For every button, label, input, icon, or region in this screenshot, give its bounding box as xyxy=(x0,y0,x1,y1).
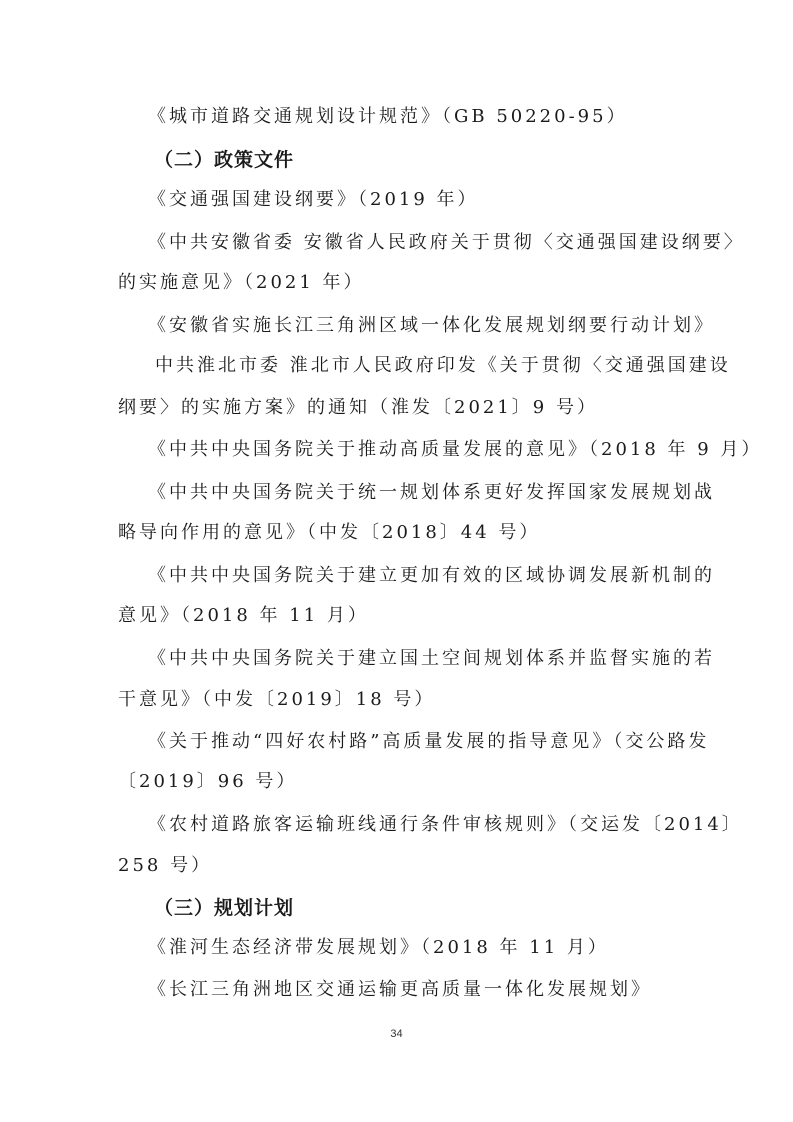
reference-item: 《长江三角洲地区交通运输更高质量一体化发展规划》 xyxy=(148,978,652,1002)
reference-item-continuation: 258 号） xyxy=(118,854,212,878)
reference-item-continuation: 〔2019〕96 号） xyxy=(118,770,297,794)
reference-item: 《农村道路旅客运输班线通行条件审核规则》（交运发〔2014〕 xyxy=(148,813,743,837)
reference-item-continuation: 干意见》（中发〔2019〕18 号） xyxy=(118,688,435,712)
reference-item: 《城市道路交通规划设计规范》（GB 50220-95） xyxy=(148,105,628,129)
reference-item: 中共淮北市委 淮北市人民政府印发《关于贯彻〈交通强国建设 xyxy=(155,354,731,378)
reference-item: 《中共中央国务院关于推动高质量发展的意见》（2018 年 9 月） xyxy=(148,438,762,462)
reference-item: 《关于推动“四好农村路”高质量发展的指导意见》（交公路发 xyxy=(148,730,709,754)
reference-item: 《中共中央国务院关于建立更加有效的区域协调发展新机制的 xyxy=(148,564,715,588)
reference-item-continuation: 略导向作用的意见》（中发〔2018〕44 号） xyxy=(118,521,540,545)
page-number: 34 xyxy=(0,1028,793,1040)
reference-item-continuation: 纲要〉的实施方案》的通知（淮发〔2021〕9 号） xyxy=(118,396,598,420)
reference-item: 《中共安徽省委 安徽省人民政府关于贯彻〈交通强国建设纲要〉 xyxy=(148,231,745,255)
reference-item-continuation: 意见》（2018 年 11 月） xyxy=(118,604,369,628)
reference-item: 《安徽省实施长江三角洲区域一体化发展规划纲要行动计划》 xyxy=(148,314,715,338)
reference-item: 《交通强国建设纲要》（2019 年） xyxy=(148,188,479,212)
reference-item-continuation: 的实施意见》（2021 年） xyxy=(118,271,365,295)
reference-item: 《淮河生态经济带发展规划》（2018 年 11 月） xyxy=(148,936,609,960)
section-heading-policy-documents: （二）政策文件 xyxy=(154,148,294,172)
reference-item: 《中共中央国务院关于建立国土空间规划体系并监督实施的若 xyxy=(148,647,715,671)
section-heading-planning: （三）规划计划 xyxy=(154,896,294,920)
reference-item: 《中共中央国务院关于统一规划体系更好发挥国家发展规划战 xyxy=(148,481,715,505)
